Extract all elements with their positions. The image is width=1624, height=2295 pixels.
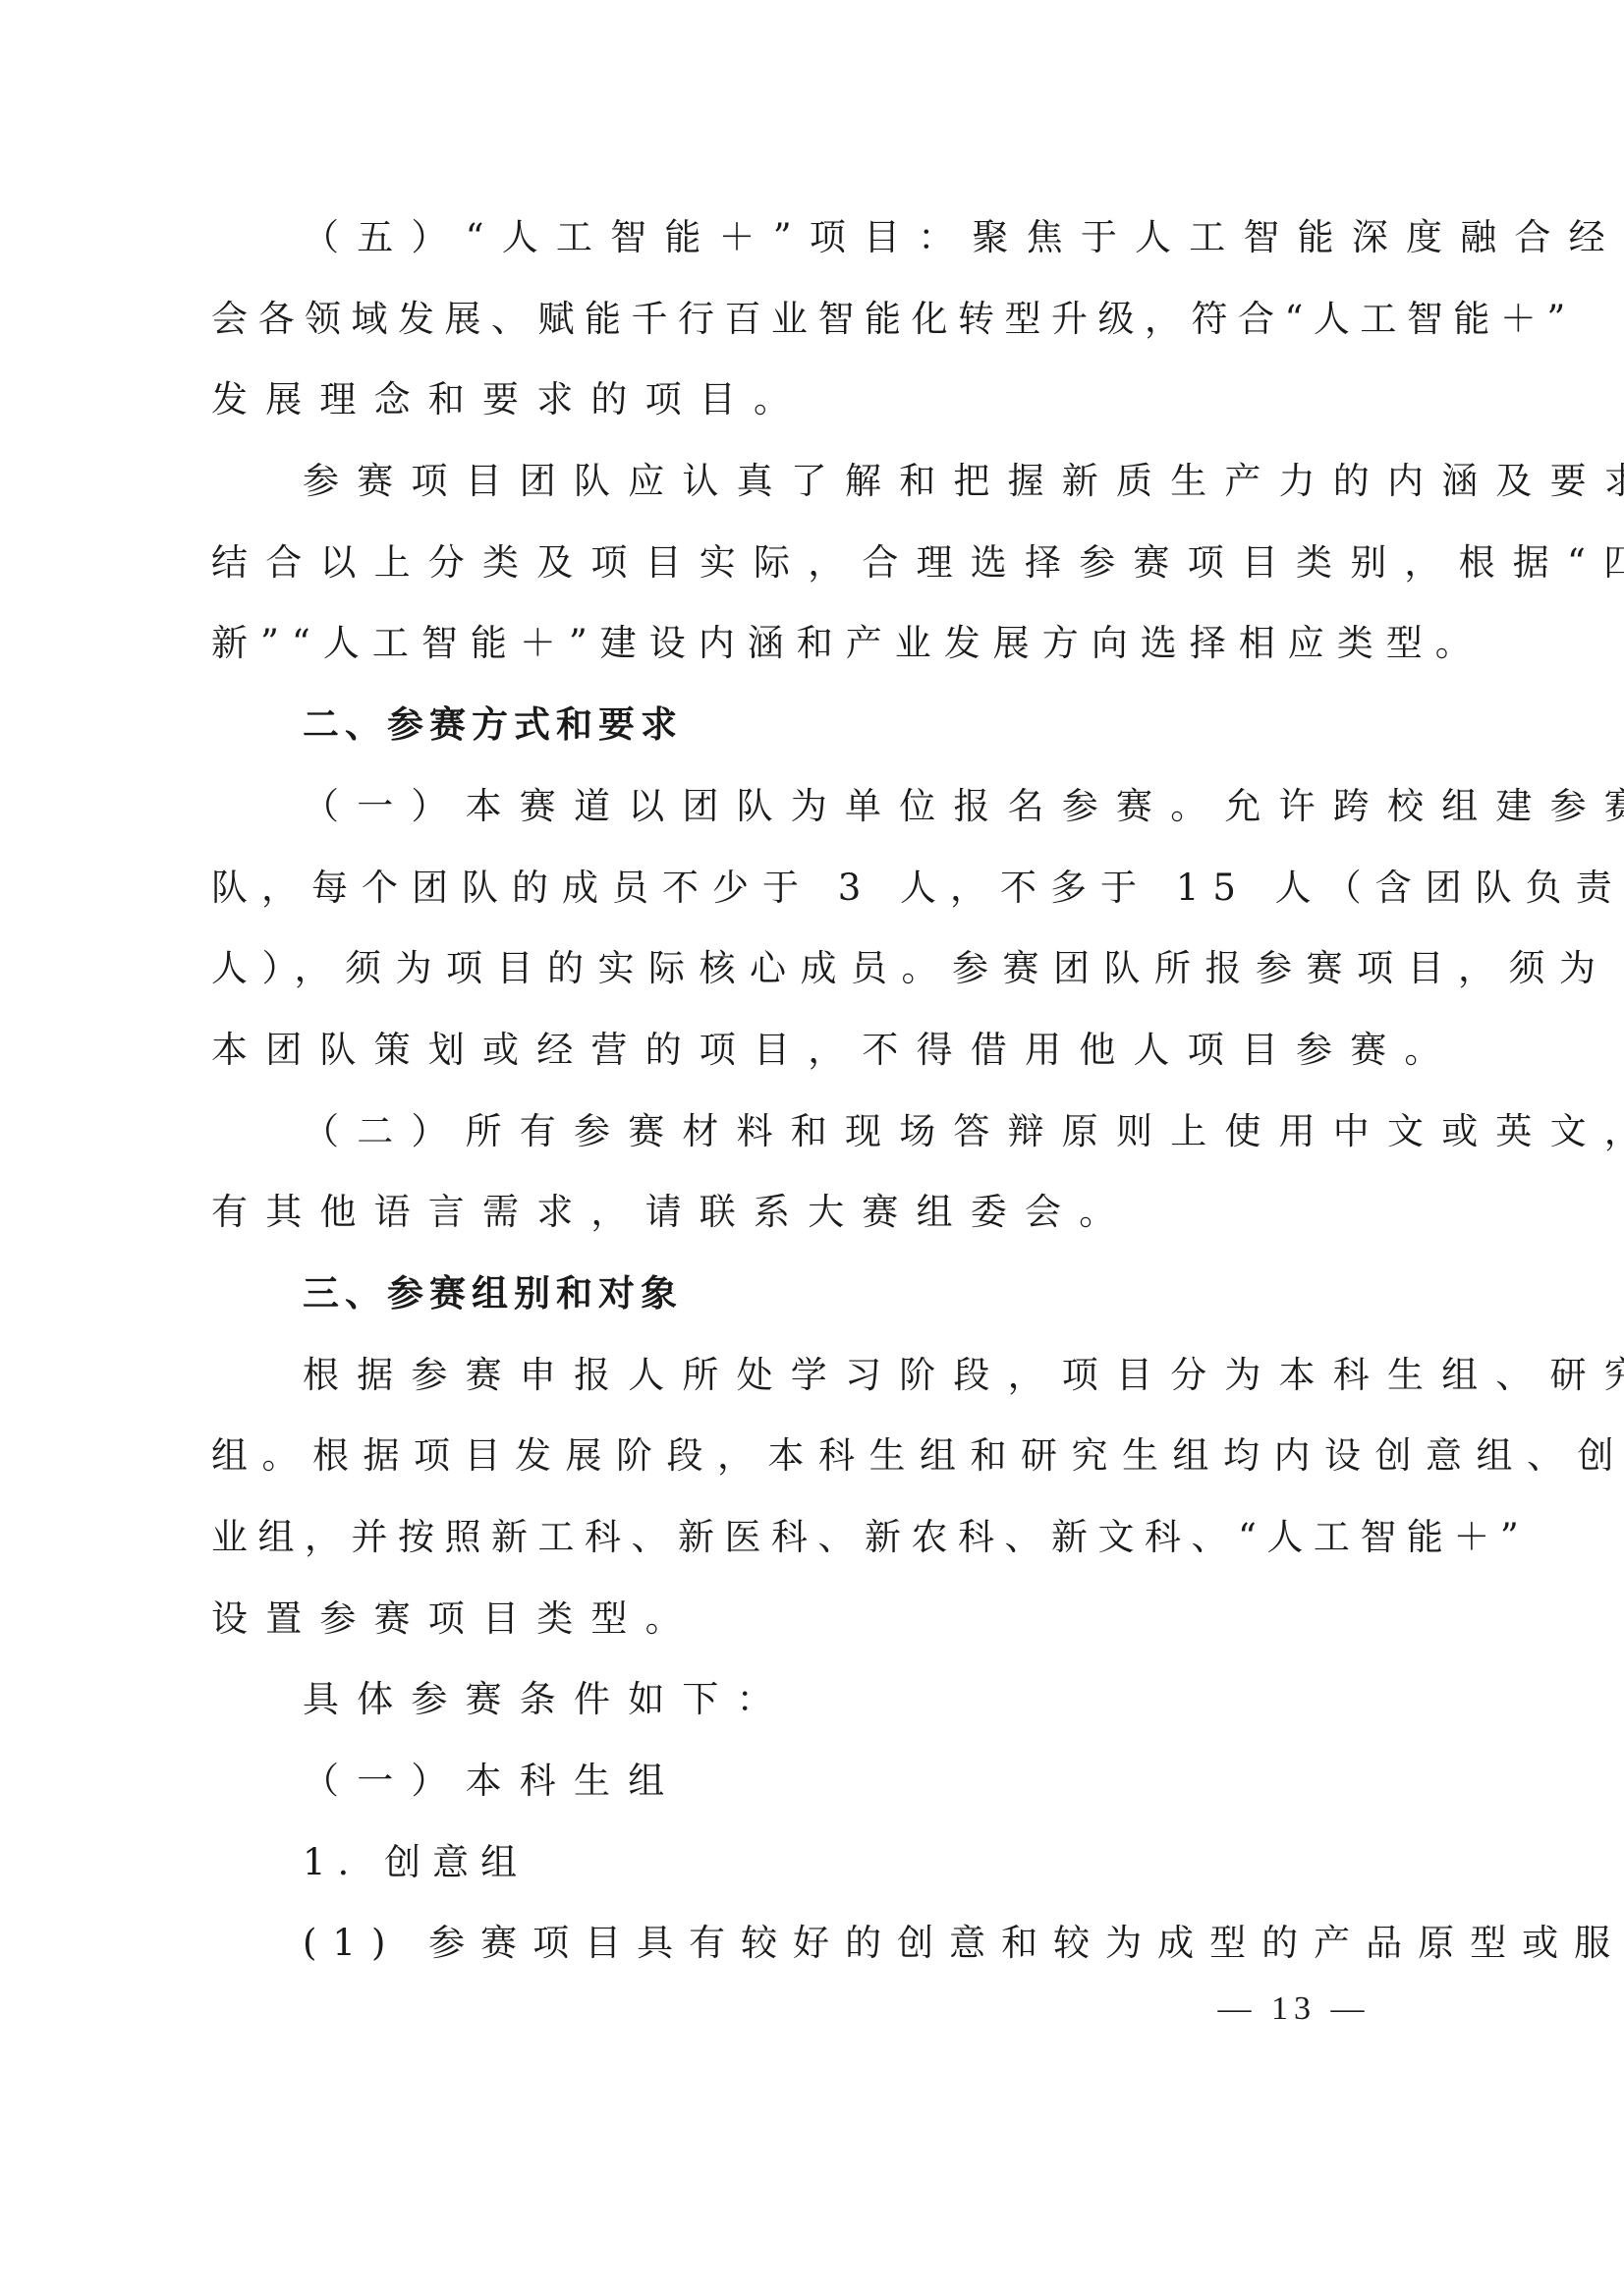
- paragraph-groups-line-1: 根据参赛申报人所处学习阶段，项目分为本科生组、研究生: [211, 1346, 1426, 1427]
- paragraph-language-line-1: （二）所有参赛材料和现场答辩原则上使用中文或英文，如: [211, 1102, 1426, 1184]
- paragraph-ai-plus-projects-line-2: 会各领域发展、赋能千行百业智能化转型升级，符合“人工智能＋”: [211, 290, 1426, 371]
- paragraph-groups-line-3: 业组，并按照新工科、新医科、新农科、新文科、“人工智能＋”: [211, 1508, 1426, 1590]
- subsection-heading-undergraduate-group: （一）本科生组: [211, 1752, 1426, 1833]
- section-heading-groups-and-eligibility: 三、参赛组别和对象: [211, 1264, 1426, 1346]
- paragraph-ai-plus-projects-line-1: （五）“人工智能＋”项目：聚焦于人工智能深度融合经济社: [211, 208, 1426, 290]
- paragraph-team-guidance-line-1: 参赛项目团队应认真了解和把握新质生产力的内涵及要求，: [211, 452, 1426, 533]
- paragraph-creative-criteria-line-1: (1) 参赛项目具有较好的创意和较为成型的产品原型或服务: [211, 1914, 1426, 1995]
- subsection-heading-creative-group: 1. 创意组: [211, 1833, 1426, 1915]
- paragraph-team-guidance-line-2: 结合以上分类及项目实际，合理选择参赛项目类别，根据“四: [211, 533, 1426, 615]
- paragraph-language-line-2: 有其他语言需求，请联系大赛组委会。: [211, 1183, 1426, 1264]
- paragraph-team-registration-line-4: 本团队策划或经营的项目，不得借用他人项目参赛。: [211, 1021, 1426, 1102]
- paragraph-team-guidance-line-3: 新”“人工智能＋”建设内涵和产业发展方向选择相应类型。: [211, 614, 1426, 696]
- paragraph-team-registration-line-3: 人），须为项目的实际核心成员。参赛团队所报参赛项目，须为: [211, 939, 1426, 1021]
- paragraph-groups-line-4: 设置参赛项目类型。: [211, 1590, 1426, 1671]
- page-number: — 13 —: [1205, 1985, 1382, 2034]
- document-page: （五）“人工智能＋”项目：聚焦于人工智能深度融合经济社 会各领域发展、赋能千行百…: [211, 208, 1426, 1995]
- paragraph-ai-plus-projects-line-3: 发展理念和要求的项目。: [211, 370, 1426, 452]
- paragraph-groups-line-2: 组。根据项目发展阶段，本科生组和研究生组均内设创意组、创: [211, 1427, 1426, 1508]
- paragraph-conditions-intro: 具体参赛条件如下：: [211, 1670, 1426, 1752]
- section-heading-participation-method: 二、参赛方式和要求: [211, 696, 1426, 777]
- paragraph-team-registration-line-1: （一）本赛道以团队为单位报名参赛。允许跨校组建参赛团: [211, 777, 1426, 859]
- paragraph-team-registration-line-2: 队，每个团队的成员不少于 3 人，不多于 15 人（含团队负责: [211, 859, 1426, 940]
